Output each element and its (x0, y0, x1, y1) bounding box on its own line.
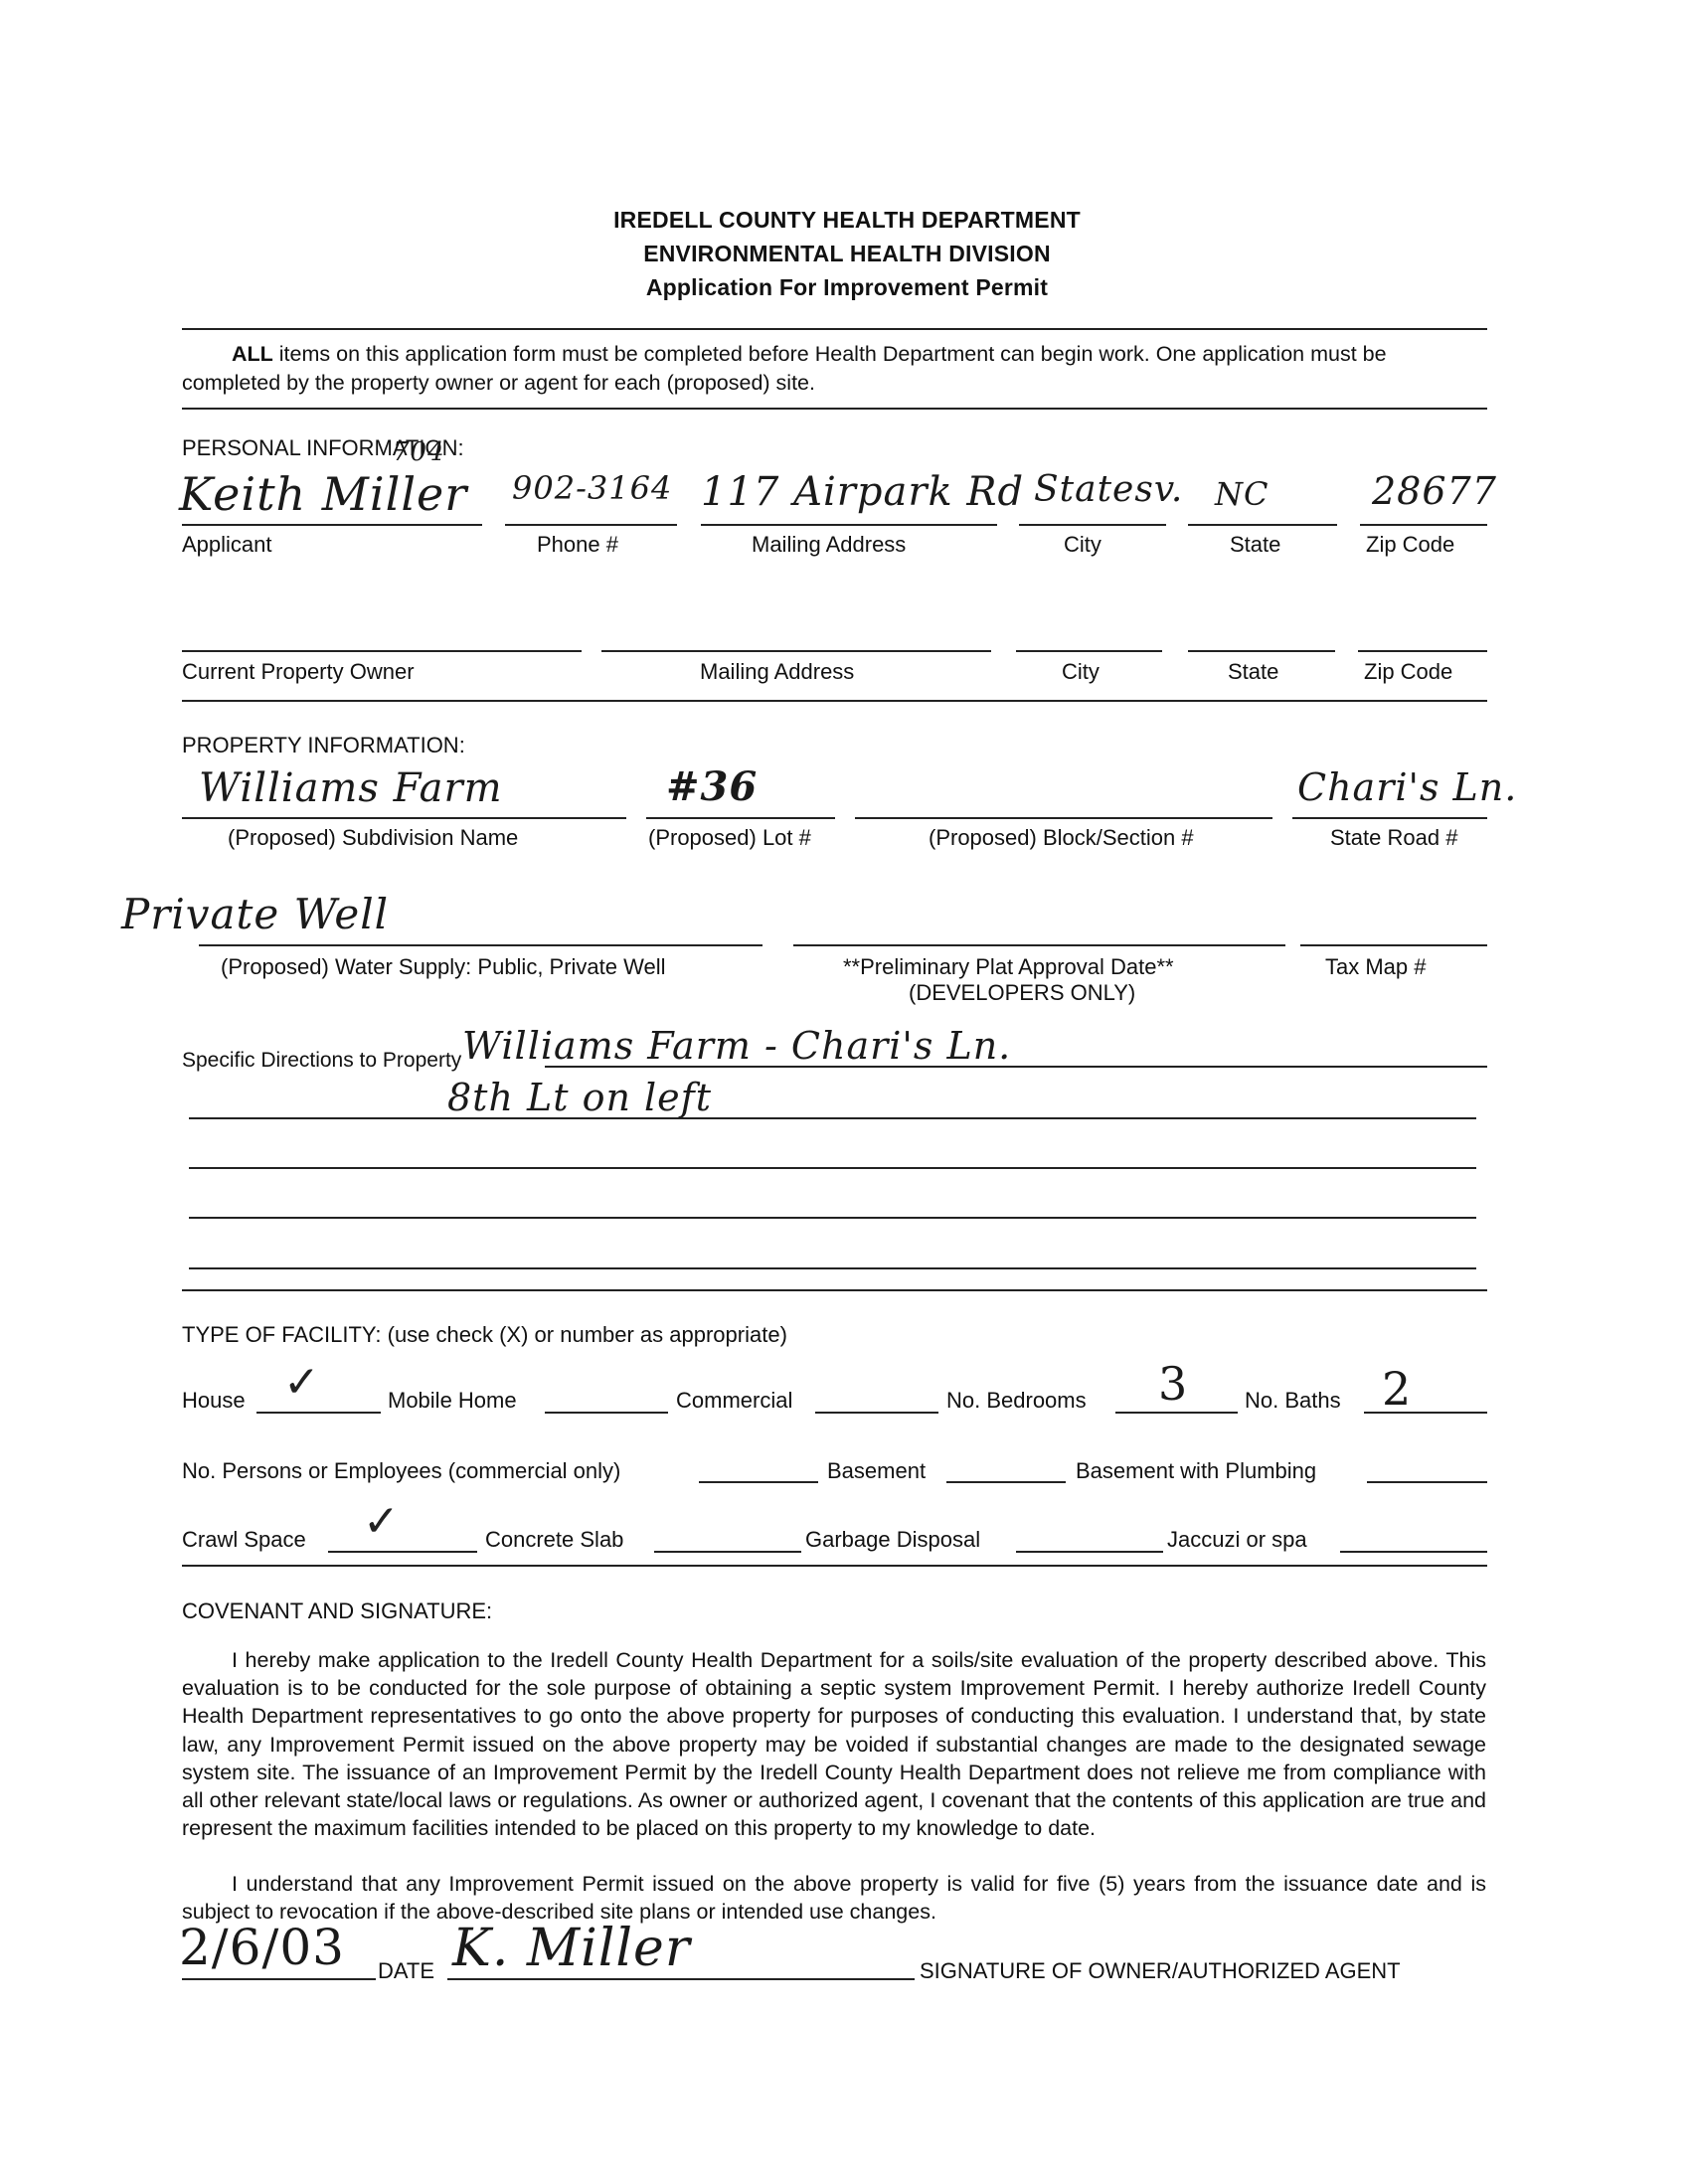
crawl-space-check-icon: ✓ (363, 1496, 400, 1547)
department-title: IREDELL COUNTY HEALTH DEPARTMENT (0, 207, 1694, 234)
date-line (182, 1978, 376, 1980)
jacuzzi-label: Jaccuzi or spa (1167, 1527, 1307, 1553)
owner-line[interactable] (182, 650, 582, 652)
owner-zip-label: Zip Code (1364, 659, 1452, 685)
city-label: City (1064, 532, 1101, 558)
applicant-value[interactable]: Keith Miller (179, 467, 467, 521)
water-supply-label: (Proposed) Water Supply: Public, Private… (221, 954, 666, 980)
plat-date-note: (DEVELOPERS ONLY) (909, 980, 1135, 1006)
zip-line (1360, 524, 1487, 526)
state-road-value[interactable]: Chari's Ln. (1297, 765, 1517, 809)
owner-state-line[interactable] (1188, 650, 1335, 652)
commercial-field[interactable] (815, 1412, 938, 1414)
form-title: Application For Improvement Permit (0, 274, 1694, 301)
state-road-line (1292, 817, 1487, 819)
water-supply-line (199, 944, 762, 946)
divider (182, 1565, 1487, 1567)
owner-city-line[interactable] (1016, 650, 1162, 652)
facility-title: TYPE OF FACILITY: (182, 1322, 382, 1347)
facility-note: (use check (X) or number as appropriate) (382, 1322, 787, 1347)
owner-mailing-label: Mailing Address (700, 659, 854, 685)
applicant-label: Applicant (182, 532, 272, 558)
jacuzzi-field[interactable] (1340, 1551, 1487, 1553)
divider (182, 700, 1487, 702)
bedrooms-label: No. Bedrooms (946, 1388, 1087, 1414)
subdivision-value[interactable]: Williams Farm (199, 765, 503, 811)
property-info-heading: PROPERTY INFORMATION: (182, 733, 465, 758)
garbage-disposal-field[interactable] (1016, 1551, 1163, 1553)
directions-line-4[interactable] (189, 1217, 1476, 1219)
plat-date-line[interactable] (793, 944, 1285, 946)
state-road-label: State Road # (1330, 825, 1457, 851)
directions-line1-value[interactable]: Williams Farm - Chari's Ln. (462, 1024, 1011, 1068)
basement-plumbing-label: Basement with Plumbing (1076, 1458, 1316, 1484)
covenant-paragraph-2: I understand that any Improvement Permit… (182, 1870, 1486, 1926)
zip-value[interactable]: 28677 (1372, 469, 1497, 513)
applicant-line (182, 524, 482, 526)
owner-city-label: City (1062, 659, 1100, 685)
owner-label: Current Property Owner (182, 659, 415, 685)
house-check-icon: ✓ (283, 1357, 320, 1408)
directions-line-1 (545, 1066, 1487, 1068)
plat-date-label: **Preliminary Plat Approval Date** (843, 954, 1174, 980)
date-value[interactable]: 2/6/03 (179, 1919, 345, 1976)
phone-line (505, 524, 677, 526)
water-supply-value[interactable]: Private Well (121, 890, 389, 938)
concrete-slab-label: Concrete Slab (485, 1527, 623, 1553)
tax-map-label: Tax Map # (1325, 954, 1427, 980)
owner-zip-line[interactable] (1358, 650, 1487, 652)
lot-label: (Proposed) Lot # (648, 825, 811, 851)
lot-line (646, 817, 835, 819)
covenant-paragraph-1: I hereby make application to the Iredell… (182, 1646, 1486, 1842)
directions-line-5[interactable] (189, 1267, 1476, 1269)
division-title: ENVIRONMENTAL HEALTH DIVISION (0, 241, 1694, 267)
bedrooms-field[interactable] (1115, 1412, 1238, 1414)
block-line[interactable] (855, 817, 1272, 819)
signature-label: SIGNATURE OF OWNER/AUTHORIZED AGENT (920, 1958, 1401, 1984)
crawl-space-field[interactable] (328, 1551, 477, 1553)
divider (182, 328, 1487, 330)
house-label: House (182, 1388, 246, 1414)
concrete-slab-field[interactable] (654, 1551, 801, 1553)
signature-value[interactable]: K. Miller (452, 1919, 691, 1978)
phone-area-value[interactable]: 704 (393, 437, 445, 467)
date-label: DATE (378, 1958, 434, 1984)
mailing-address-value[interactable]: 117 Airpark Rd (701, 469, 1024, 515)
persons-field[interactable] (699, 1481, 818, 1483)
garbage-disposal-label: Garbage Disposal (805, 1527, 980, 1553)
bedrooms-value[interactable]: 3 (1158, 1357, 1188, 1411)
baths-value[interactable]: 2 (1382, 1362, 1412, 1416)
mailing-address-label: Mailing Address (752, 532, 906, 558)
mobile-home-label: Mobile Home (388, 1388, 517, 1414)
owner-state-label: State (1228, 659, 1278, 685)
directions-label: Specific Directions to Property (182, 1049, 461, 1073)
state-value[interactable]: NC (1215, 475, 1269, 513)
zip-label: Zip Code (1366, 532, 1454, 558)
lot-value[interactable]: #36 (666, 763, 758, 810)
tax-map-line[interactable] (1300, 944, 1487, 946)
instructions: ALL items on this application form must … (182, 340, 1487, 398)
house-field[interactable] (256, 1412, 381, 1414)
baths-label: No. Baths (1245, 1388, 1341, 1414)
directions-line2-value[interactable]: 8th Lt on left (447, 1076, 712, 1119)
signature-line (447, 1978, 915, 1980)
directions-line-3[interactable] (189, 1167, 1476, 1169)
instructions-text: items on this application form must be c… (182, 342, 1387, 395)
mailing-address-line (701, 524, 997, 526)
subdivision-line (182, 817, 626, 819)
city-line (1019, 524, 1166, 526)
phone-value[interactable]: 902-3164 (512, 469, 672, 507)
instructions-lead: ALL (182, 342, 273, 366)
commercial-label: Commercial (676, 1388, 792, 1414)
crawl-space-label: Crawl Space (182, 1527, 306, 1553)
basement-plumbing-field[interactable] (1367, 1481, 1487, 1483)
phone-label: Phone # (537, 532, 618, 558)
state-label: State (1230, 532, 1280, 558)
facility-heading: TYPE OF FACILITY: (use check (X) or numb… (182, 1322, 787, 1348)
divider (182, 1289, 1487, 1291)
subdivision-label: (Proposed) Subdivision Name (228, 825, 518, 851)
directions-line-2 (189, 1117, 1476, 1119)
mobile-home-field[interactable] (545, 1412, 668, 1414)
basement-label: Basement (827, 1458, 926, 1484)
persons-label: No. Persons or Employees (commercial onl… (182, 1458, 620, 1484)
city-value[interactable]: Statesv. (1034, 469, 1183, 510)
owner-mailing-line[interactable] (601, 650, 991, 652)
basement-field[interactable] (946, 1481, 1066, 1483)
state-line (1188, 524, 1337, 526)
block-label: (Proposed) Block/Section # (929, 825, 1194, 851)
covenant-heading: COVENANT AND SIGNATURE: (182, 1598, 492, 1624)
divider (182, 408, 1487, 410)
